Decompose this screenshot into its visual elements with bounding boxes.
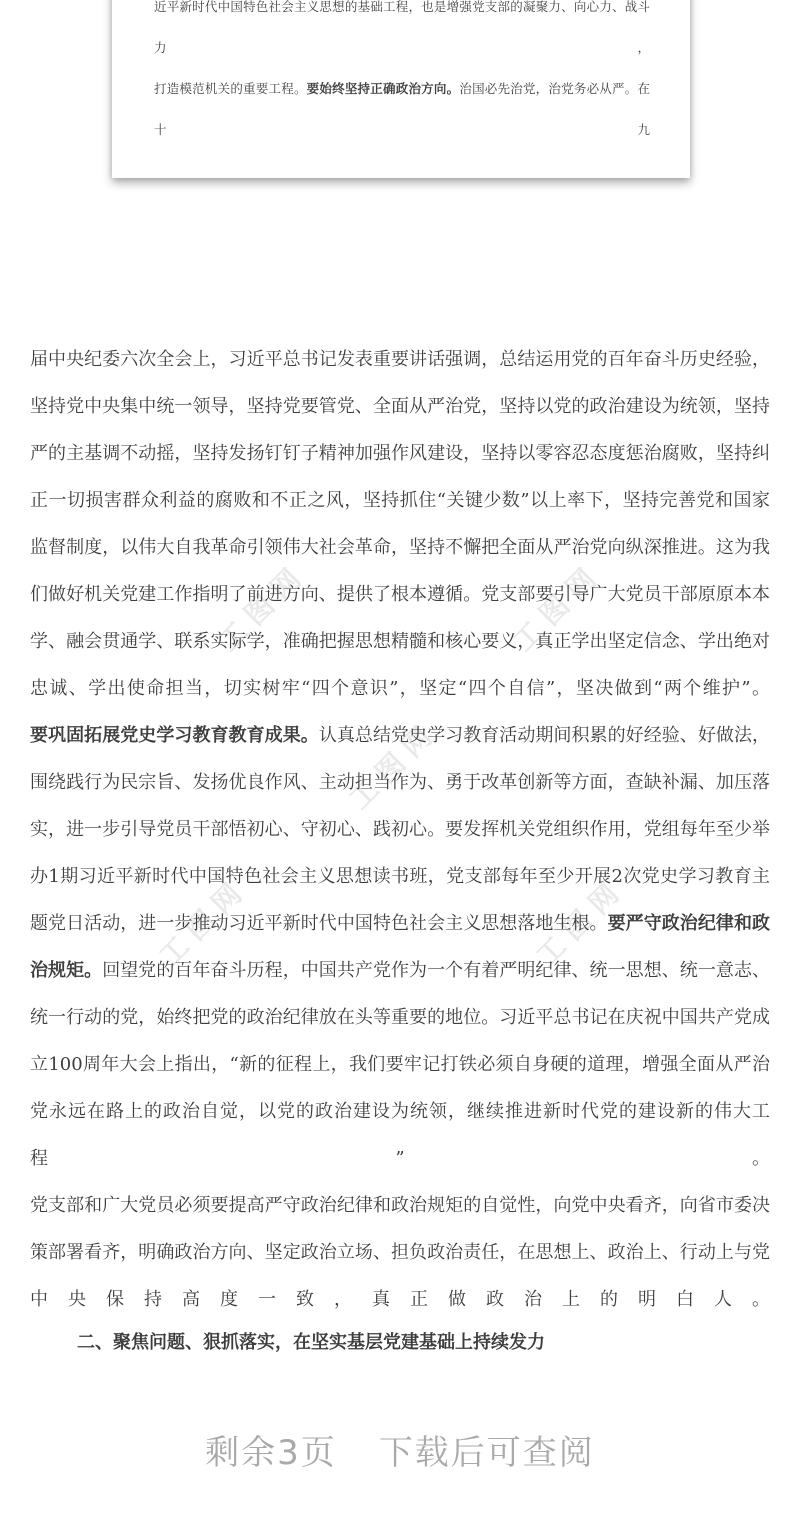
text-run: 打造模范机关的重要工程。 (154, 81, 307, 96)
download-hint-label: 下载后可查阅 (379, 1433, 595, 1473)
body-line: 治规矩。回望党的百年奋斗历程，中国共产党作为一个有着严明纪律、统一思想、统一意志… (30, 947, 770, 994)
body-line: 们做好机关党建工作指明了前进方向、提供了根本遵循。党支部要引导广大党员干部原原本… (30, 571, 770, 618)
body-line: 严的主基调不动摇，坚持发扬钉钉子精神加强作风建设，坚持以零容忍态度惩治腐败，坚持… (30, 430, 770, 477)
text-run: 要始终坚持正确政治方向。 (307, 81, 460, 96)
sheet-line: 打造模范机关的重要工程。要始终坚持正确政治方向。治国必先治党，治党务必从严。在十… (154, 68, 650, 150)
text-run: 学、融会贯通学、联系实际学，准确把握思想精髓和核心要义，真正学出坚定信念、学出绝… (30, 631, 770, 652)
body-line: 要巩固拓展党史学习教育教育成果。认真总结党史学习教育活动期间积累的好经验、好做法… (30, 712, 770, 759)
text-run: 坚持党中央集中统一领导，坚持党要管党、全面从严治党，坚持以党的政治建设为统领，坚… (30, 396, 770, 417)
text-run: 认真总结党史学习教育活动期间积累的好经验、好做法， (319, 725, 770, 746)
sheet-line: 近平新时代中国特色社会主义思想的基础工程，也是增强党支部的凝聚力、向心力、战斗力… (154, 0, 650, 68)
text-run: 党永远在路上的政治自觉，以党的政治建设为统领，继续推进新时代党的建设新的伟大工程… (30, 1101, 770, 1169)
remaining-pages-label: 剩余3页 (205, 1433, 337, 1473)
footer-note: 剩余3页下载后可查阅 (0, 1430, 800, 1476)
text-run: 办1期习近平新时代中国特色社会主义思想读书班，党支部每年至少开展2次党史学习教育… (30, 866, 770, 887)
text-run: 治规矩。 (30, 960, 102, 981)
body-line: 忠诚、学出使命担当，切实树牢“四个意识”，坚定“四个自信”，坚决做到“两个维护”… (30, 665, 770, 712)
body-line: 实，进一步引导党员干部悟初心、守初心、践初心。要发挥机关党组织作用，党组每年至少… (30, 806, 770, 853)
text-run: 围绕践行为民宗旨、发扬优良作风、主动担当作为、勇于改革创新等方面，查缺补漏、加压… (30, 772, 770, 793)
text-run: 统一行动的党，始终把党的政治纪律放在头等重要的地位。习近平总书记在庆祝中国共产党… (30, 1007, 770, 1028)
body-line: 届中央纪委六次全会上，习近平总书记发表重要讲话强调，总结运用党的百年奋斗历史经验… (30, 336, 770, 383)
body-line: 正一切损害群众利益的腐败和不正之风，坚持抓住“关键少数”以上率下，坚持完善党和国… (30, 477, 770, 524)
body-line: 围绕践行为民宗旨、发扬优良作风、主动担当作为、勇于改革创新等方面，查缺补漏、加压… (30, 759, 770, 806)
text-run: 立100周年大会上指出，“新的征程上，我们要牢记打铁必须自身硬的道理，增强全面从… (30, 1054, 770, 1075)
text-run: 忠诚、学出使命担当，切实树牢“四个意识”，坚定“四个自信”，坚决做到“两个维护”… (30, 678, 770, 699)
text-run: 党支部和广大党员必须要提高严守政治纪律和政治规矩的自觉性，向党中央看齐，向省市委… (30, 1195, 770, 1216)
text-run: 回望党的百年奋斗历程，中国共产党作为一个有着严明纪律、统一思想、统一意志、 (102, 960, 770, 981)
section-heading: 二、聚焦问题、狠抓落实，在坚实基层党建基础上持续发力 (30, 1319, 770, 1366)
text-run: 正一切损害群众利益的腐败和不正之风，坚持抓住“关键少数”以上率下，坚持完善党和国… (30, 490, 770, 511)
body-line: 党永远在路上的政治自觉，以党的政治建设为统领，继续推进新时代党的建设新的伟大工程… (30, 1088, 770, 1182)
text-run: 严的主基调不动摇，坚持发扬钉钉子精神加强作风建设，坚持以零容忍态度惩治腐败，坚持… (30, 443, 770, 464)
body-line: 学、融会贯通学、联系实际学，准确把握思想精髓和核心要义，真正学出坚定信念、学出绝… (30, 618, 770, 665)
text-run: 要巩固拓展党史学习教育教育成果。 (30, 725, 319, 746)
text-run: 实，进一步引导党员干部悟初心、守初心、践初心。要发挥机关党组织作用，党组每年至少… (30, 819, 770, 840)
text-run: 要严守政治纪律和政 (608, 913, 770, 934)
body-line: 题党日活动，进一步推动习近平新时代中国特色社会主义思想落地生根。要严守政治纪律和… (30, 900, 770, 947)
text-run: 策部署看齐，明确政治方向、坚定政治立场、担负政治责任，在思想上、政治上、行动上与… (30, 1242, 770, 1263)
body-line: 中央保持高度一致，真正做政治上的明白人。 (30, 1276, 770, 1323)
document-page-preview: 近平新时代中国特色社会主义思想的基础工程，也是增强党支部的凝聚力、向心力、战斗力… (112, 0, 690, 178)
body-line: 立100周年大会上指出，“新的征程上，我们要牢记打铁必须自身硬的道理，增强全面从… (30, 1041, 770, 1088)
text-run: 监督制度，以伟大自我革命引领伟大社会革命，坚持不懈把全面从严治党向纵深推进。这为… (30, 537, 770, 558)
text-run: 届中央纪委六次全会上，习近平总书记发表重要讲话强调，总结运用党的百年奋斗历史经验… (30, 349, 770, 370)
text-run: 近平新时代中国特色社会主义思想的基础工程，也是增强党支部的凝聚力、向心力、战斗力… (154, 0, 650, 55)
text-run: 中央保持高度一致，真正做政治上的明白人。 (30, 1289, 770, 1310)
text-run: 题党日活动，进一步推动习近平新时代中国特色社会主义思想落地生根。 (30, 913, 608, 934)
document-page-text: 近平新时代中国特色社会主义思想的基础工程，也是增强党支部的凝聚力、向心力、战斗力… (112, 0, 690, 150)
body-line: 策部署看齐，明确政治方向、坚定政治立场、担负政治责任，在思想上、政治上、行动上与… (30, 1229, 770, 1276)
text-run: 们做好机关党建工作指明了前进方向、提供了根本遵循。党支部要引导广大党员干部原原本… (30, 584, 770, 605)
body-text: 届中央纪委六次全会上，习近平总书记发表重要讲话强调，总结运用党的百年奋斗历史经验… (30, 336, 770, 1323)
body-line: 统一行动的党，始终把党的政治纪律放在头等重要的地位。习近平总书记在庆祝中国共产党… (30, 994, 770, 1041)
body-line: 坚持党中央集中统一领导，坚持党要管党、全面从严治党，坚持以党的政治建设为统领，坚… (30, 383, 770, 430)
body-line: 党支部和广大党员必须要提高严守政治纪律和政治规矩的自觉性，向党中央看齐，向省市委… (30, 1182, 770, 1229)
body-line: 监督制度，以伟大自我革命引领伟大社会革命，坚持不懈把全面从严治党向纵深推进。这为… (30, 524, 770, 571)
body-line: 办1期习近平新时代中国特色社会主义思想读书班，党支部每年至少开展2次党史学习教育… (30, 853, 770, 900)
